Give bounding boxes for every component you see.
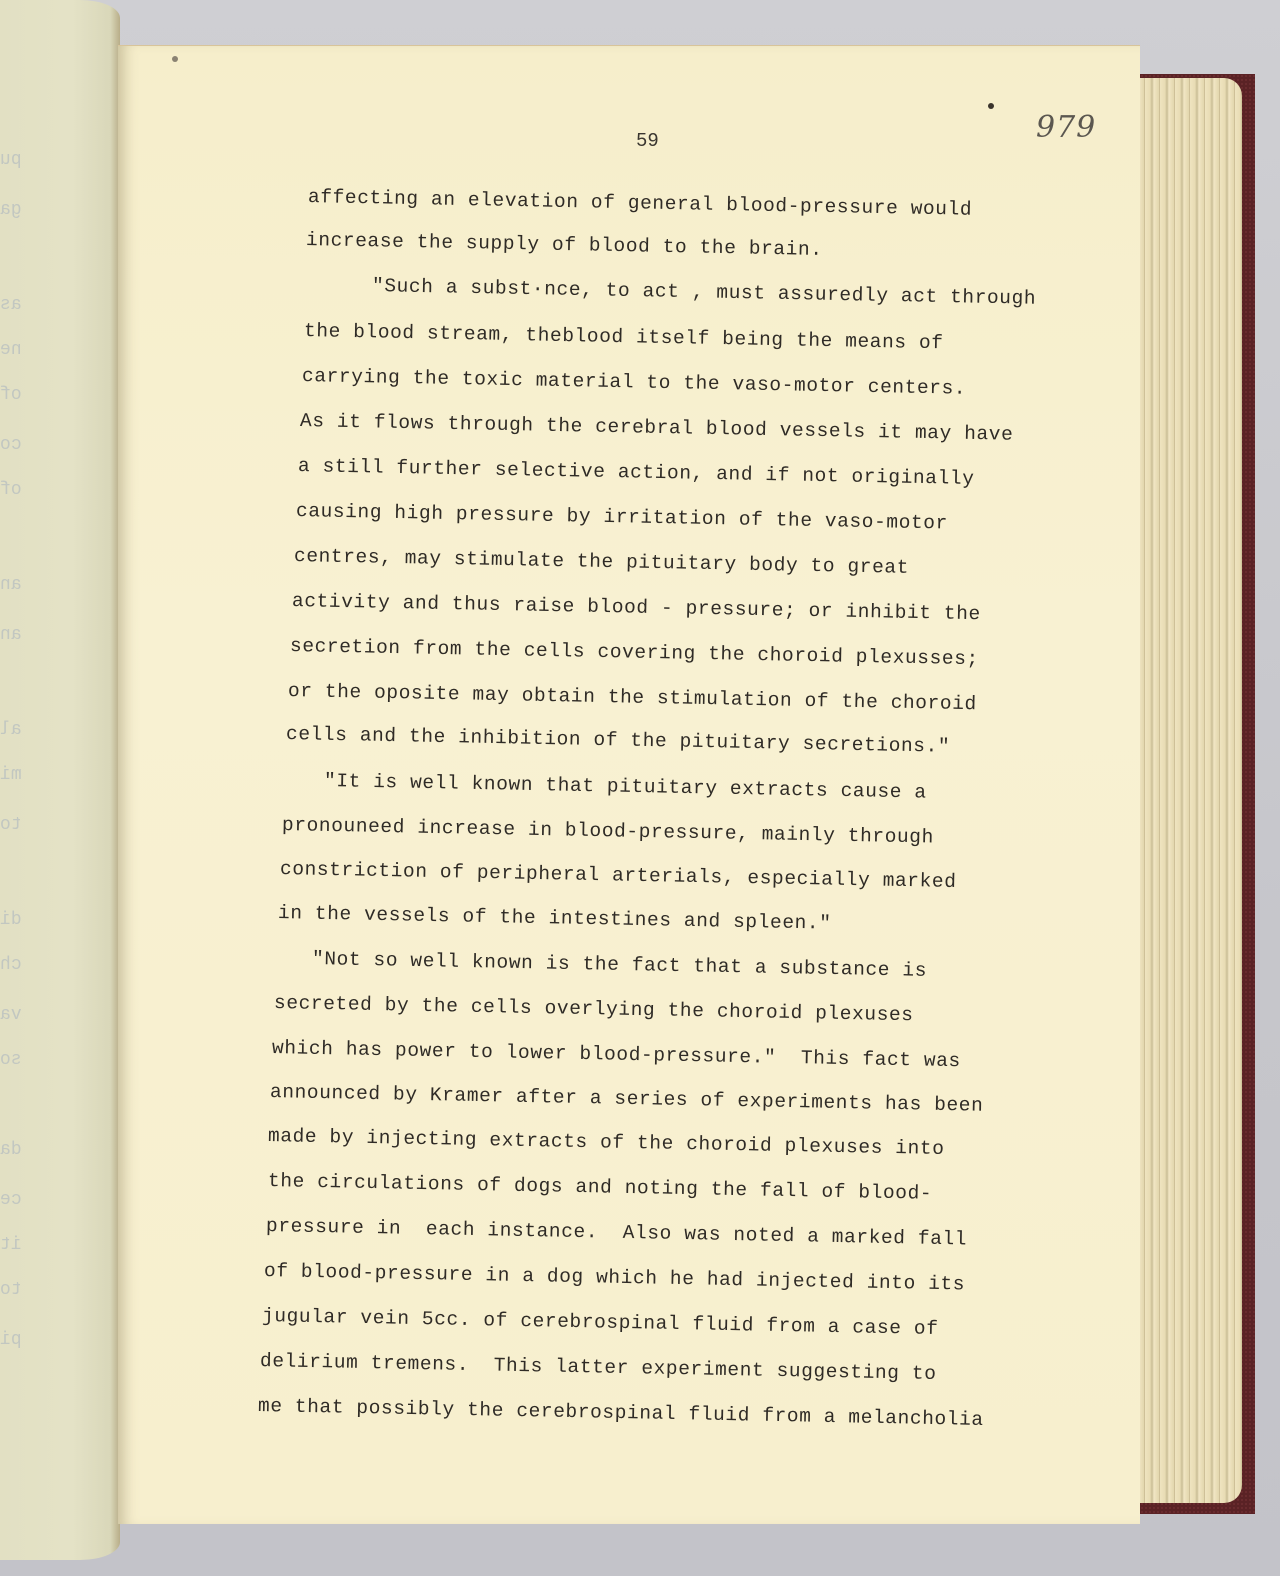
bleed-through-text: ch (0, 955, 30, 975)
bleed-through-text: va (0, 1005, 30, 1025)
punch-hole-mark (172, 56, 178, 62)
bleed-through-text: so (0, 1050, 30, 1070)
bleed-through-text: to (0, 1280, 30, 1300)
bleed-through-text: ne (0, 340, 30, 360)
bleed-through-text: of (0, 480, 30, 500)
page-stack-fore-edge (1130, 78, 1242, 1503)
bleed-through-text: pu (0, 150, 30, 170)
punch-hole-mark (988, 103, 994, 109)
bleed-through-text: ce (0, 1190, 30, 1210)
facing-page-left: pugaasneofcoofananalmitodichvasodaceitto… (0, 0, 120, 1560)
page-number: 59 (636, 130, 659, 152)
bleed-through-text: it (0, 1235, 30, 1255)
bleed-through-text: co (0, 435, 30, 455)
bleed-through-text: al (0, 720, 30, 740)
bleed-through-text: pi (0, 1330, 30, 1350)
bleed-through-text: an (0, 625, 30, 645)
handwritten-archive-number: 979 (1036, 110, 1096, 145)
bleed-through-text: ga (0, 200, 30, 220)
bleed-through-text: da (0, 1140, 30, 1160)
bleed-through-text: as (0, 295, 30, 315)
bleed-through-text: di (0, 910, 30, 930)
bleed-through-text: an (0, 575, 30, 595)
bleed-through-text: to (0, 815, 30, 835)
bleed-through-text: of (0, 385, 30, 405)
bleed-through-text: mi (0, 765, 30, 785)
